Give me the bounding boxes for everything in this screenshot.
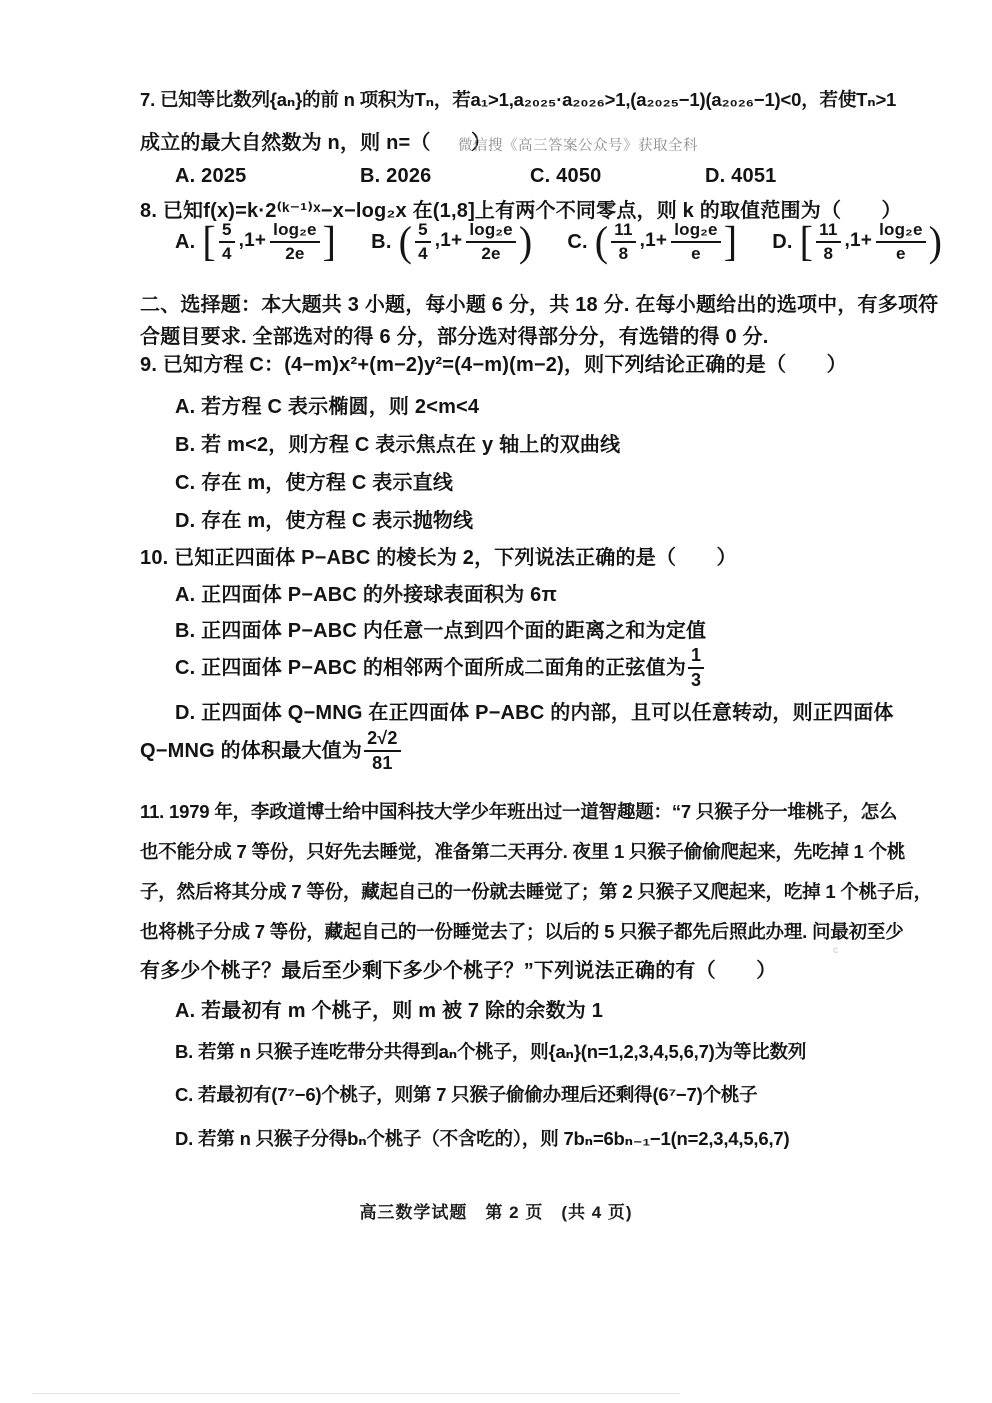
fraction-numerator: log₂e — [671, 220, 721, 243]
q8-option-c: C. ( 118 ,1+ log₂ee ] — [567, 220, 738, 263]
fraction: 54 — [219, 220, 235, 263]
close-bracket: ) — [519, 221, 533, 263]
fraction-denominator: 2e — [481, 243, 500, 264]
fraction-numerator: 5 — [415, 220, 431, 243]
fraction-denominator: e — [691, 243, 701, 264]
q9-stem: 9. 已知方程 C：(4−m)x²+(m−2)y²=(4−m)(m−2)，则下列… — [140, 352, 847, 378]
interval-middle: ,1+ — [845, 229, 873, 254]
section2-line2: 合题目要求. 全部选对的得 6 分，部分选对得部分分，有选错的得 0 分. — [140, 324, 769, 350]
fraction-numerator: log₂e — [876, 220, 926, 243]
q7-stem-line1: 7. 已知等比数列{aₙ}的前 n 项积为Tₙ，若a₁>1,a₂₀₂₅·a₂₀₂… — [140, 88, 896, 112]
fraction: log₂e2e — [270, 220, 320, 263]
fraction-denominator: 2e — [285, 243, 304, 264]
fraction: log₂e2e — [466, 220, 516, 263]
q8-option-b: B. ( 54 ,1+ log₂e2e ) — [371, 220, 533, 263]
fraction-denominator: 4 — [222, 243, 232, 264]
close-bracket: ] — [323, 221, 337, 263]
fraction-numerator: 5 — [219, 220, 235, 243]
scan-edge-line — [32, 1393, 680, 1394]
option-label: A. — [175, 165, 195, 187]
option-label: B. — [371, 229, 391, 255]
q7-option-c: C. 4050 — [530, 163, 705, 189]
q10-option-b: B. 正四面体 P−ABC 内任意一点到四个面的距离之和为定值 — [175, 618, 706, 644]
q10-stem: 10. 已知正四面体 P−ABC 的棱长为 2，下列说法正确的是（ ） — [140, 545, 737, 571]
fraction: 2√281 — [364, 728, 401, 773]
watermark-text: 微信搜《高三答案公众号》获取全科 — [458, 134, 698, 155]
fraction-numerator: log₂e — [270, 220, 320, 243]
close-bracket: ) — [929, 221, 943, 263]
fraction: 118 — [816, 220, 840, 263]
option-value: 2026 — [386, 165, 431, 187]
option-text: Q−MNG 的体积最大值为 — [140, 738, 362, 764]
q9-option-a: A. 若方程 C 表示椭圆，则 2<m<4 — [175, 394, 479, 420]
option-value: 4051 — [731, 165, 776, 187]
option-label: A. — [175, 229, 195, 255]
q7-option-b: B. 2026 — [360, 163, 530, 189]
fraction-numerator: 2√2 — [364, 728, 401, 752]
fraction-numerator: 1 — [688, 645, 704, 669]
q10-option-d-line1: D. 正四面体 Q−MNG 在正四面体 P−ABC 的内部，且可以任意转动，则正… — [175, 700, 894, 726]
q9-option-b: B. 若 m<2，则方程 C 表示焦点在 y 轴上的双曲线 — [175, 432, 620, 458]
option-label: C. — [530, 165, 550, 187]
q11-stem-line4: 也将桃子分成 7 等份，藏起自己的一份睡觉去了；以后的 5 只猴子都先后照此办理… — [140, 920, 904, 944]
interval-middle: ,1+ — [239, 229, 267, 254]
q11-stem-line3: 子，然后将其分成 7 等份，藏起自己的一份就去睡觉了；第 2 只猴子又爬起来，吃… — [140, 880, 932, 904]
fraction: log₂ee — [876, 220, 926, 263]
interval-middle: ,1+ — [640, 229, 668, 254]
q7-options-row: A. 2025 B. 2026 C. 4050 D. 4051 — [175, 163, 776, 189]
open-bracket: [ — [202, 221, 216, 263]
q11-stem-line5: 有多少个桃子？最后至少剩下多少个桃子？”下列说法正确的有（ ） — [140, 958, 776, 984]
q10-option-c: C. 正四面体 P−ABC 的相邻两个面所成二面角的正弦值为 13 — [175, 645, 706, 690]
q11-option-b: B. 若第 n 只猴子连吃带分共得到aₙ个桃子，则{aₙ}(n=1,2,3,4,… — [175, 1040, 806, 1064]
fraction-denominator: e — [896, 243, 906, 264]
fraction-numerator: 11 — [611, 220, 635, 243]
fraction-numerator: 11 — [816, 220, 840, 243]
fraction-denominator: 8 — [824, 243, 834, 264]
interval-middle: ,1+ — [435, 229, 463, 254]
q11-option-c: C. 若最初有(7⁷−6)个桃子，则第 7 只猴子偷偷办理后还剩得(6⁷−7)个… — [175, 1083, 757, 1107]
option-text: C. 正四面体 P−ABC 的相邻两个面所成二面角的正弦值为 — [175, 655, 686, 681]
open-bracket: ( — [399, 221, 413, 263]
fraction: 54 — [415, 220, 431, 263]
q9-option-d: D. 存在 m，使方程 C 表示抛物线 — [175, 508, 473, 534]
q11-option-d: D. 若第 n 只猴子分得bₙ个桃子（不含吃的），则 7bₙ=6bₙ₋₁−1(n… — [175, 1127, 789, 1151]
q11-stem-line2: 也不能分成 7 等份，只好先去睡觉，准备第二天再分. 夜里 1 只猴子偷偷爬起来… — [140, 840, 905, 864]
option-value: 2025 — [201, 165, 246, 187]
option-value: 4050 — [556, 165, 601, 187]
section2-line1: 二、选择题：本大题共 3 小题，每小题 6 分，共 18 分. 在每小题给出的选… — [140, 292, 938, 318]
q8-option-a: A. [ 54 ,1+ log₂e2e ] — [175, 220, 337, 263]
scan-artifact: c — [833, 945, 838, 956]
fraction-denominator: 3 — [691, 669, 701, 691]
option-label: C. — [567, 229, 587, 255]
q10-option-d-line2: Q−MNG 的体积最大值为 2√281 — [140, 728, 403, 773]
q11-option-a: A. 若最初有 m 个桃子，则 m 被 7 除的余数为 1 — [175, 998, 603, 1024]
q7-option-d: D. 4051 — [705, 163, 776, 189]
page-footer: 高三数学试题 第 2 页 (共 4 页) — [0, 1198, 992, 1223]
q7-stem-line2: 成立的最大自然数为 n，则 n=（ ） — [140, 130, 491, 156]
fraction: 118 — [611, 220, 635, 263]
fraction: 13 — [688, 645, 704, 690]
fraction-numerator: log₂e — [466, 220, 516, 243]
fraction-denominator: 8 — [619, 243, 629, 264]
open-bracket: ( — [595, 221, 609, 263]
fraction: log₂ee — [671, 220, 721, 263]
option-label: D. — [772, 229, 792, 255]
open-bracket: [ — [800, 221, 814, 263]
option-label: D. — [705, 165, 725, 187]
close-bracket: ] — [724, 221, 738, 263]
option-label: B. — [360, 165, 380, 187]
q9-option-c: C. 存在 m，使方程 C 表示直线 — [175, 470, 453, 496]
fraction-denominator: 81 — [372, 752, 392, 774]
q11-stem-line1: 11. 1979 年，李政道博士给中国科技大学少年班出过一道智趣题：“7 只猴子… — [140, 800, 897, 824]
q8-options-row: A. [ 54 ,1+ log₂e2e ] B. ( 54 ,1+ log₂e2… — [175, 220, 943, 263]
q8-option-d: D. [ 118 ,1+ log₂ee ) — [772, 220, 943, 263]
q10-option-a: A. 正四面体 P−ABC 的外接球表面积为 6π — [175, 582, 557, 608]
fraction-denominator: 4 — [418, 243, 428, 264]
q7-option-a: A. 2025 — [175, 163, 360, 189]
exam-page: 7. 已知等比数列{aₙ}的前 n 项积为Tₙ，若a₁>1,a₂₀₂₅·a₂₀₂… — [0, 0, 992, 1403]
